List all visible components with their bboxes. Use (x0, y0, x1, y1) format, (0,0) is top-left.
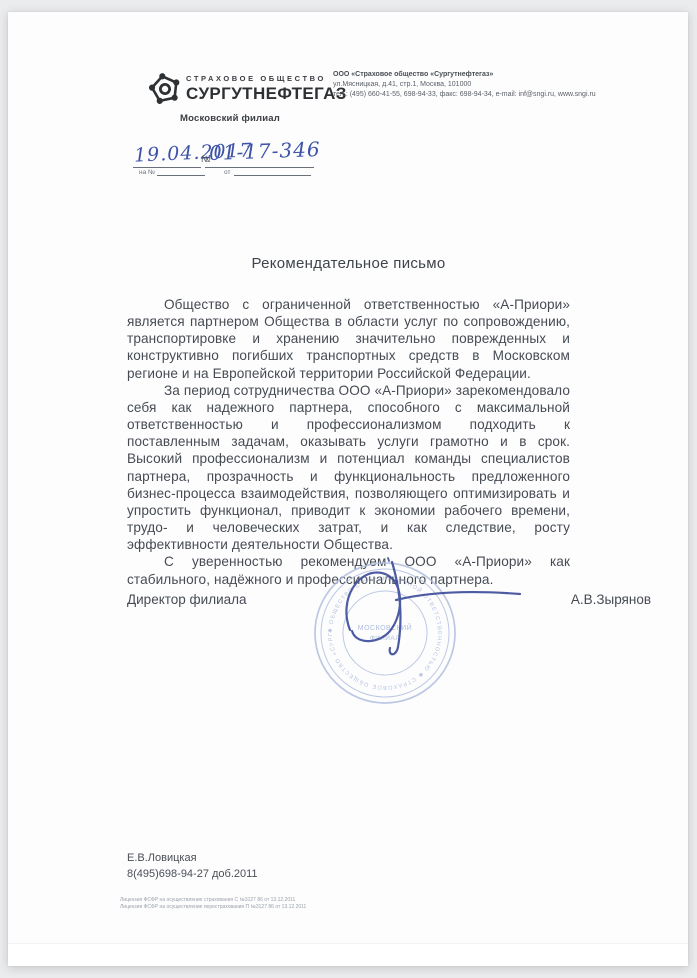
reply-to-label: на № (139, 169, 155, 176)
round-stamp-icon: ✱ ОБЩЕСТВО С ОГРАНИЧЕННОЙ ОТВЕТСТВЕННОСТ… (288, 552, 455, 703)
handwritten-number: 01-17-346 (209, 137, 321, 165)
license-footer: Лицензия ФСФР на осуществление страхован… (120, 897, 306, 911)
from-label: от (224, 169, 230, 176)
logo-top-line: СТРАХОВОЕ ОБЩЕСТВО (186, 74, 347, 83)
logo-company-name: СУРГУТНЕФТЕГАЗ (186, 84, 347, 104)
company-info-name: ООО «Страховое общество «Сургутнефтегаз» (333, 70, 596, 80)
from-underline (234, 175, 311, 176)
director-title: Директор филиала (127, 592, 247, 607)
date-underline (133, 167, 201, 168)
letter-title: Рекомендательное письмо (127, 255, 570, 272)
executor-phone: 8(495)698-94-27 доб.2011 (127, 867, 258, 883)
scan-edge-strip (8, 943, 688, 966)
stamp-and-signature: ✱ ОБЩЕСТВО С ОГРАНИЧЕННОЙ ОТВЕТСТВЕННОСТ… (288, 552, 548, 732)
stamp-center-line1: МОСКОВСКИЙ (358, 623, 412, 632)
company-info-block: ООО «Страховое общество «Сургутнефтегаз»… (333, 70, 596, 100)
letter-body: Общество с ограниченной ответственностью… (127, 296, 570, 588)
branch-label: Московский филиал (180, 113, 280, 124)
license-line-1: Лицензия ФСФР на осуществление страхован… (120, 897, 306, 904)
company-info-contacts: тел.: (495) 660-41-55, 698-94-33, факс: … (333, 90, 596, 100)
surgutneftegas-logo-icon (147, 71, 183, 107)
executor-contact: Е.В.Ловицкая 8(495)698-94-27 доб.2011 (127, 851, 258, 882)
number-underline (205, 167, 314, 168)
license-line-2: Лицензия ФСФР на осуществление перестрах… (120, 904, 306, 911)
letter-page: СТРАХОВОЕ ОБЩЕСТВО СУРГУТНЕФТЕГАЗ Москов… (8, 12, 688, 966)
paragraph-2: За период сотрудничества ООО «А-Приори» … (127, 382, 570, 554)
reply-to-underline (157, 175, 205, 176)
company-info-address: ул.Мясницкая, д.41, стр.1, Москва, 10100… (333, 80, 596, 90)
logo-wordmark: СТРАХОВОЕ ОБЩЕСТВО СУРГУТНЕФТЕГАЗ (186, 74, 347, 104)
paragraph-1: Общество с ограниченной ответственностью… (127, 296, 570, 382)
executor-name: Е.В.Ловицкая (127, 851, 258, 867)
director-name: А.В.Зырянов (571, 592, 651, 607)
